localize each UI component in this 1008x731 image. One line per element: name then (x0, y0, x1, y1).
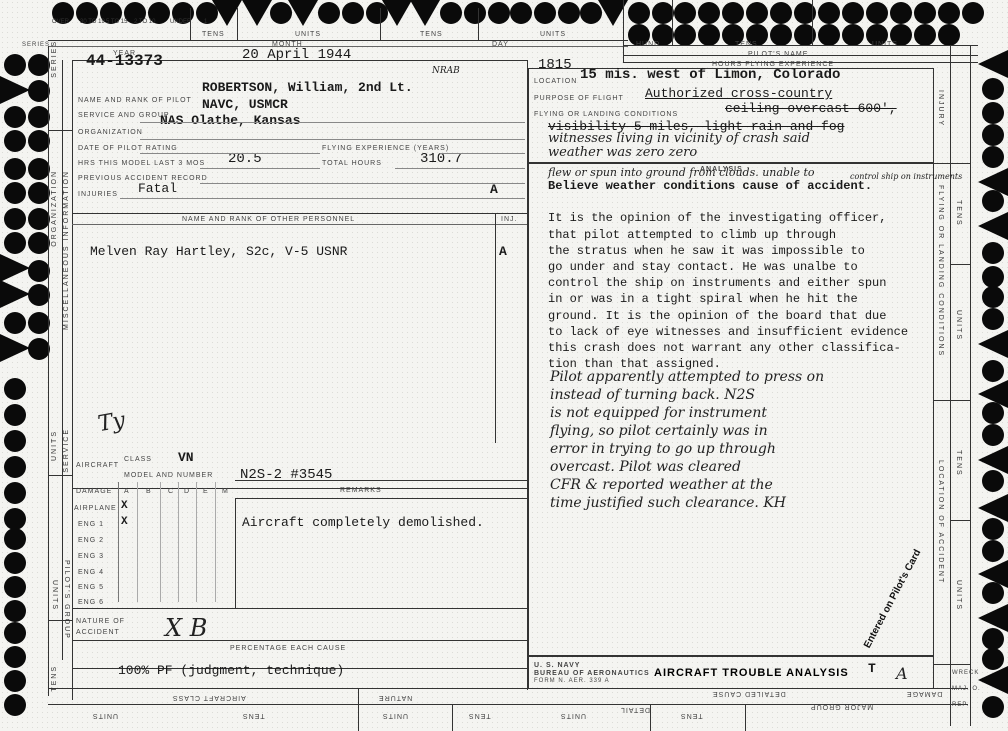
handwritten-mark: Ty (96, 408, 127, 437)
purpose-value: Authorized cross-country (645, 86, 832, 101)
damage-row-label: AIRPLANE (74, 505, 117, 512)
handwritten-line: CFR & reported weather at the (550, 476, 824, 494)
punch-label-digit: 1 (204, 19, 207, 25)
analysis-line: the stratus when he saw it was impossibl… (548, 243, 908, 259)
analysis-typed-text: Believe weather conditions cause of acci… (548, 178, 908, 372)
analysis-line: that pilot attempted to climb up through (548, 227, 908, 243)
handwritten-line: error in trying to go up through (550, 440, 824, 458)
inverted-label-detailed-cause: DETAILED CAUSE (712, 690, 786, 697)
series-label: SERIES (22, 42, 50, 48)
footer-mark-a: A (896, 664, 908, 683)
punch-label-under: UNDER (170, 19, 191, 25)
side-label-location: LOCATION OF ACCIDENT (937, 460, 944, 584)
remarks-text: Aircraft completely demolished. (242, 515, 484, 530)
inj-header: INJ. (501, 216, 517, 223)
model-number-label: MODEL AND NUMBER (124, 472, 213, 479)
form-number: FORM N. AER. 339 A (534, 678, 610, 684)
inverted-units: UNITS (92, 712, 118, 719)
damage-col-e: E (203, 488, 209, 495)
aircraft-label: AIRCRAFT (76, 462, 119, 469)
remarks-label: REMARKS (340, 487, 382, 494)
punch-label-range: 30 TO 19 (80, 19, 105, 25)
damage-row-label: ENG 2 (78, 537, 104, 544)
damage-row-mark: X (121, 516, 128, 528)
inverted-label-damage: DAMAGE (906, 690, 942, 697)
percentage-value: 100% PF (judgment, technique) (118, 663, 344, 678)
other-personnel-name: Melven Ray Hartley, S2c, V-5 USNR (90, 244, 347, 259)
location-value: 15 mis. west of Limon, Colorado (580, 67, 840, 83)
serial-number: 44-13373 (86, 52, 163, 70)
inverted-tens: TENS (242, 712, 265, 719)
analysis-line: ground. It is the opinion of the board t… (548, 308, 908, 324)
inverted-label-major-group: MAJOR GROUP (810, 703, 873, 710)
band-label-tens: TENS (420, 31, 443, 38)
punch-label-range: 5 TO 15 (106, 19, 127, 25)
punch-label-over: OVER (52, 19, 69, 25)
conditions-label: FLYING OR LANDING CONDITIONS (534, 111, 678, 118)
band-label-hund: HUND (636, 41, 660, 48)
injuries-value: Fatal (138, 181, 177, 196)
band-label-units: UNITS (295, 31, 321, 38)
model-number: N2S-2 #3545 (240, 467, 332, 483)
footer-mark-t: T (868, 661, 876, 676)
handwritten-line: instead of turning back. N2S (550, 386, 824, 404)
inverted-tens: TENS (468, 712, 491, 719)
service-group-label: SERVICE AND GROUP (78, 112, 170, 119)
side-label-organization: ORGANIZATION (51, 170, 58, 247)
damage-row-label: ENG 5 (78, 584, 104, 591)
hrs-model-label: HRS THIS MODEL LAST 3 MOS (78, 160, 205, 167)
nature-label: NATURE OF ACCIDENT (76, 616, 136, 638)
agency-label: U. S. NAVY (534, 662, 580, 669)
damage-col-d: D (184, 488, 190, 495)
damage-col-m: M (222, 488, 229, 495)
damage-row-label: ENG 6 (78, 599, 104, 606)
total-hours-label: TOTAL HOURS (322, 160, 382, 167)
damage-col-c: C (168, 488, 174, 495)
analysis-handwritten-notes: Pilot apparently attempted to press on i… (550, 368, 824, 512)
punch-label-range: 2 TO 10 (134, 19, 155, 25)
side-label-series: SERIES (51, 40, 58, 78)
side-label-tens: TENS (51, 665, 58, 692)
organization-label: ORGANIZATION (78, 129, 143, 136)
side-label-tens: TENS (955, 200, 962, 227)
analysis-line: It is the opinion of the investigating o… (548, 210, 908, 226)
side-label-service: SERVICE (63, 428, 70, 473)
percentage-label: PERCENTAGE EACH CAUSE (230, 645, 346, 652)
analysis-line (548, 194, 908, 210)
conditions-struck-1: ceiling overcast 600', (725, 101, 897, 116)
day-label: DAY (492, 41, 509, 48)
pilot-name-rank: ROBERTSON, William, 2nd Lt. (202, 80, 413, 95)
side-label-maj-o: MAJ. O. (952, 686, 981, 692)
handwritten-line: time justified such clearance. KH (550, 494, 824, 512)
band-label-tens: TENS (735, 41, 758, 48)
handwritten-line: is not equipped for instrument (550, 404, 824, 422)
damage-label: DAMAGE (76, 488, 112, 495)
pilots-name-label: PILOT'S NAME (748, 51, 808, 58)
damage-row-label: ENG 1 (78, 521, 104, 528)
analysis-line: Believe weather conditions cause of acci… (548, 178, 908, 194)
analysis-line: go under and stay contact. He was unalbe… (548, 259, 908, 275)
handwritten-line: Pilot apparently attempted to press on (550, 368, 824, 386)
inverted-label-nature: NATURE (378, 694, 412, 701)
nature-handwritten: X B (165, 614, 207, 642)
accident-date: 20 April 1944 (242, 47, 351, 63)
inverted-label-detail: DETAIL (620, 706, 650, 713)
side-label-injury: INJURY (937, 90, 944, 127)
side-label-tens-2: TENS (955, 450, 962, 477)
analysis-line: control the ship on instruments and eith… (548, 275, 908, 291)
band-label-units: UNITS (872, 41, 898, 48)
pilot-injury-code: A (490, 182, 498, 197)
side-label-units-2: UNITS (955, 580, 962, 611)
accident-time: 1815 (538, 57, 572, 73)
inverted-tens: TENS (680, 712, 703, 719)
handwritten-line: overcast. Pilot was cleared (550, 458, 824, 476)
side-label-units: UNITS (51, 430, 58, 461)
aircraft-trouble-analysis-card: OVER 30 TO 19 5 TO 15 2 TO 10 UNDER 1 TE… (0, 0, 1008, 731)
pilot-service-group: NAVC, USMCR (202, 97, 288, 112)
side-label-rep: REP. (952, 702, 969, 708)
purpose-label: PURPOSE OF FLIGHT (534, 95, 624, 102)
inverted-label-aircraft-class: AIRCRAFT CLASS (172, 694, 246, 701)
inverted-units: UNITS (560, 712, 586, 719)
side-label-units-2: UNITS (51, 580, 58, 611)
form-title: AIRCRAFT TROUBLE ANALYSIS (654, 667, 849, 679)
damage-row-label: ENG 4 (78, 569, 104, 576)
bureau-label: BUREAU OF AERONAUTICS (534, 670, 650, 677)
handwritten-line: flying, so pilot certainly was in (550, 422, 824, 440)
entered-on-pilots-card-stamp: Entered on Pilot's Card (862, 548, 923, 650)
aircraft-class: VN (178, 450, 194, 465)
side-label-wreck: WRECK (952, 670, 979, 676)
analysis-line: in or was in a tight spiral when he hit … (548, 291, 908, 307)
conditions-handwritten-2: weather was zero zero (548, 145, 697, 160)
damage-row-mark: X (121, 500, 128, 512)
pilot-organization: NAS Olathe, Kansas (160, 113, 300, 128)
analysis-line: to lack of eye witnesses and insufficien… (548, 324, 908, 340)
band-label-tens: TENS (202, 31, 225, 38)
inverted-units: UNITS (382, 712, 408, 719)
side-label-pilots-group: PILOT'S GROUP (63, 560, 70, 640)
side-label-units: UNITS (955, 310, 962, 341)
band-label-units: UNITS (540, 31, 566, 38)
nrab-annotation: NRAB (432, 66, 460, 76)
analysis-line: this crash does not warrant any other cl… (548, 340, 908, 356)
side-label-misc-info: MISCELLANEOUS INFORMATION (63, 170, 70, 330)
date-rating-label: DATE OF PILOT RATING (78, 145, 178, 152)
injuries-label: INJURIES (78, 191, 118, 198)
other-personnel-inj: A (499, 244, 507, 259)
other-personnel-header: NAME AND RANK OF OTHER PERSONNEL (182, 216, 355, 223)
damage-col-a: A (124, 488, 130, 495)
damage-row-label: ENG 3 (78, 553, 104, 560)
location-label: LOCATION (534, 78, 577, 85)
damage-col-b: B (146, 488, 152, 495)
class-label: CLASS (124, 456, 152, 463)
side-label-flying-conditions: FLYING OR LANDING CONDITIONS (937, 185, 944, 357)
name-rank-label: NAME AND RANK OF PILOT (78, 97, 192, 104)
conditions-handwritten-1: witnesses living in vicinity of crash sa… (548, 131, 810, 146)
